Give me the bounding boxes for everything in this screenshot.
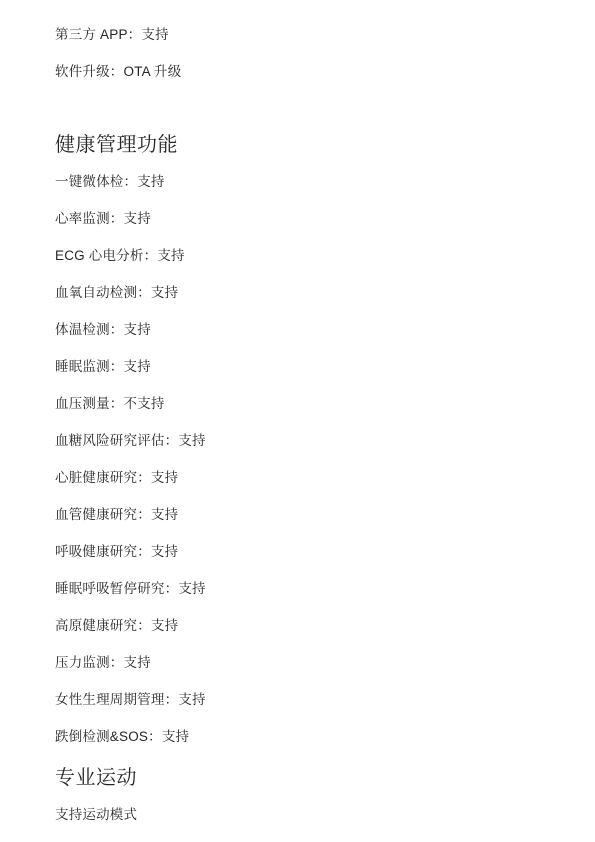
spec-value: 支持 bbox=[178, 433, 205, 448]
spec-value: OTA 升级 bbox=[124, 64, 182, 79]
spec-label: 第三方 APP： bbox=[55, 27, 141, 42]
spec-row-quick-checkup: 一键微体检：支持 bbox=[55, 175, 540, 189]
spec-value: 支持 bbox=[178, 581, 205, 596]
spec-row-altitude-health: 高原健康研究：支持 bbox=[55, 619, 540, 633]
spec-row-third-party-app: 第三方 APP：支持 bbox=[55, 28, 540, 42]
spec-row-heart-rate: 心率监测：支持 bbox=[55, 212, 540, 226]
spec-value: 支持 bbox=[124, 359, 151, 374]
spec-label: 血氧自动检测： bbox=[55, 285, 151, 300]
spec-label: 血糖风险研究评估： bbox=[55, 433, 178, 448]
spec-label: 睡眠呼吸暂停研究： bbox=[55, 581, 178, 596]
spec-row-sleep-monitoring: 睡眠监测：支持 bbox=[55, 360, 540, 374]
spec-label: 心脏健康研究： bbox=[55, 470, 151, 485]
spec-label: 睡眠监测： bbox=[55, 359, 124, 374]
section-title-health-management: 健康管理功能 bbox=[55, 134, 540, 157]
spec-row-spo2: 血氧自动检测：支持 bbox=[55, 286, 540, 300]
spec-row-ecg: ECG 心电分析：支持 bbox=[55, 249, 540, 263]
spec-row-blood-sugar-risk: 血糖风险研究评估：支持 bbox=[55, 434, 540, 448]
spec-value: 支持 bbox=[157, 248, 184, 263]
spec-row-sleep-apnea: 睡眠呼吸暂停研究：支持 bbox=[55, 582, 540, 596]
spec-label: 软件升级： bbox=[55, 64, 124, 79]
spec-label: ECG 心电分析： bbox=[55, 248, 157, 263]
page-content: 第三方 APP：支持 软件升级：OTA 升级 健康管理功能 一键微体检：支持 心… bbox=[0, 0, 595, 822]
spec-value: 支持 bbox=[124, 322, 151, 337]
spec-value: 支持 bbox=[124, 655, 151, 670]
spec-label: 跌倒检测&SOS： bbox=[55, 729, 162, 744]
spec-row-respiratory-health: 呼吸健康研究：支持 bbox=[55, 545, 540, 559]
spec-row-heart-health: 心脏健康研究：支持 bbox=[55, 471, 540, 485]
spec-value: 支持 bbox=[151, 285, 178, 300]
spec-label: 血管健康研究： bbox=[55, 507, 151, 522]
section-title-professional-sports: 专业运动 bbox=[55, 767, 540, 790]
spec-label: 压力监测： bbox=[55, 655, 124, 670]
spec-row-body-temperature: 体温检测：支持 bbox=[55, 323, 540, 337]
spec-label: 血压测量： bbox=[55, 396, 124, 411]
spec-label: 体温检测： bbox=[55, 322, 124, 337]
spec-row-sport-modes: 支持运动模式 bbox=[55, 808, 540, 822]
spec-label: 呼吸健康研究： bbox=[55, 544, 151, 559]
spec-value: 支持 bbox=[137, 174, 164, 189]
spec-value: 支持 bbox=[151, 544, 178, 559]
spec-value: 支持 bbox=[151, 470, 178, 485]
spec-value: 支持 bbox=[124, 211, 151, 226]
spec-row-fall-detection-sos: 跌倒检测&SOS：支持 bbox=[55, 730, 540, 744]
spec-value: 支持 bbox=[141, 27, 168, 42]
spec-row-vascular-health: 血管健康研究：支持 bbox=[55, 508, 540, 522]
spec-label: 一键微体检： bbox=[55, 174, 137, 189]
spec-value: 不支持 bbox=[124, 396, 165, 411]
spec-row-stress-monitoring: 压力监测：支持 bbox=[55, 656, 540, 670]
spec-value: 支持 bbox=[178, 692, 205, 707]
document-page: 第三方 APP：支持 软件升级：OTA 升级 健康管理功能 一键微体检：支持 心… bbox=[0, 0, 595, 842]
spec-label: 支持运动模式 bbox=[55, 807, 137, 822]
spec-value: 支持 bbox=[151, 507, 178, 522]
spec-row-software-upgrade: 软件升级：OTA 升级 bbox=[55, 65, 540, 79]
spec-row-blood-pressure: 血压测量：不支持 bbox=[55, 397, 540, 411]
spec-label: 高原健康研究： bbox=[55, 618, 151, 633]
spec-value: 支持 bbox=[162, 729, 189, 744]
spec-label: 心率监测： bbox=[55, 211, 124, 226]
spec-value: 支持 bbox=[151, 618, 178, 633]
spec-label: 女性生理周期管理： bbox=[55, 692, 178, 707]
spec-row-female-cycle: 女性生理周期管理：支持 bbox=[55, 693, 540, 707]
